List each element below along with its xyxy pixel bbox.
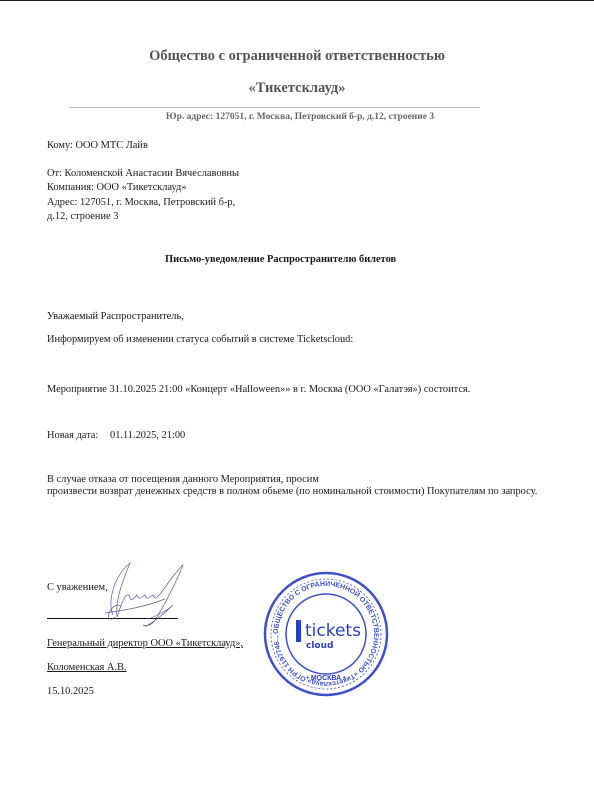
handwritten-signature-icon [85, 555, 195, 635]
signer-name: Коломенская А.В. [47, 661, 127, 674]
recipient-line: Кому: ООО МТС Лайв [47, 139, 148, 152]
sender-company: Компания: ООО «Тикетсклауд» [47, 181, 187, 194]
sender-from: От: Коломенской Анастасии Вячеславовны [47, 167, 239, 180]
refund-line2: произвести возврат денежных средств в по… [47, 485, 537, 498]
new-date-value: 01.11.2025, 21:00 [110, 429, 185, 442]
org-name-line2: «Тикетсклауд» [0, 80, 594, 97]
company-stamp-icon: ОБЩЕСТВО С ОГРАНИЧЕННОЙ ОТВЕТСТВЕННОСТЬЮ… [262, 570, 390, 698]
legal-address: Юр. адрес: 127051, г. Москва, Петровский… [25, 112, 575, 122]
org-name-line1: Общество с ограниченной ответственностью [0, 48, 594, 65]
signer-position: Генеральный директор ООО «Тикетсклауд», [47, 637, 243, 650]
sender-address-line1: Адрес: 127051, г. Москва, Петровский б-р… [47, 196, 235, 209]
stamp-city: • МОСКВА • [306, 675, 346, 682]
stamp-brand-line1: tickets [305, 621, 361, 641]
intro-text: Информируем об изменении статуса событий… [47, 333, 353, 346]
sender-address-line2: д.12, строение 3 [47, 210, 118, 223]
page-top-border [0, 0, 594, 1]
header-divider [69, 107, 480, 108]
letter-date: 15.10.2025 [47, 685, 94, 698]
greeting: Уважаемый Распространитель, [47, 310, 184, 323]
event-status: Мероприятие 31.10.2025 21:00 «Концерт «H… [47, 383, 470, 396]
new-date-label: Новая дата: [47, 429, 98, 442]
letter-title: Письмо-уведомление Распространителю биле… [165, 253, 396, 266]
stamp-brand-line2: cloud [306, 641, 333, 651]
